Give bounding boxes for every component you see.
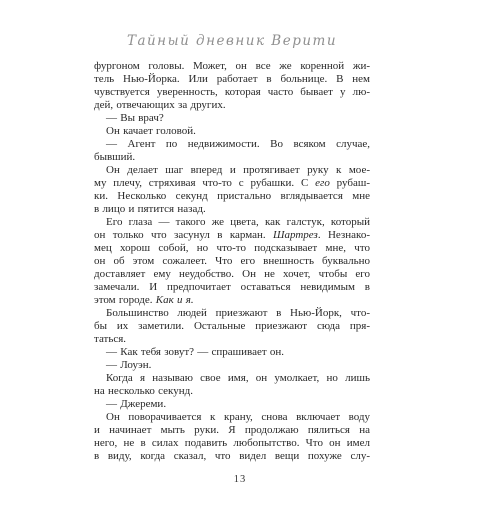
text-line: — Лоуэн.: [94, 359, 370, 372]
text-segment: Он делает шаг вперед и протягивает руку …: [106, 164, 370, 176]
text-segment: — Лоуэн.: [106, 359, 151, 371]
text-segment: чувствуется уверенность, которая часто б…: [94, 86, 370, 98]
text-line: чувствуется уверенность, которая часто б…: [94, 86, 370, 99]
text-line: тель Нью-Йорка. Или работает в больнице.…: [94, 73, 370, 86]
text-segment: . Незнако-: [318, 229, 370, 241]
book-page: Тайный дневник Верити фургоном головы. М…: [0, 0, 500, 532]
text-segment: он об этом сожалеет. Что его внешность б…: [94, 255, 370, 267]
text-line: на несколько секунд.: [94, 385, 370, 398]
text-segment: тель Нью-Йорка. Или работает в больнице.…: [94, 73, 370, 85]
text-segment: Большинство людей приезжают в Нью-Йорк, …: [106, 307, 370, 319]
text-line: Он качает головой.: [94, 125, 370, 138]
text-segment: — Джереми.: [106, 398, 166, 410]
text-line: фургоном головы. Может, он все же коренн…: [94, 60, 370, 73]
text-segment: Его глаза — такого же цвета, как галстук…: [106, 216, 370, 228]
text-line: и начинает мыть руки. Я продолжаю пялить…: [94, 424, 370, 437]
text-line: мец хорош собой, но что-то подсказывает …: [94, 242, 370, 255]
text-segment: в лицо и пятится назад.: [94, 203, 206, 215]
text-line: — Агент по недвижимости. Во всяком случа…: [94, 138, 370, 151]
text-segment: Когда я называю свое имя, он умолкает, н…: [106, 372, 370, 384]
text-segment: му плечу, стряхивая что-то с рубашки. С: [94, 177, 315, 189]
text-segment: на несколько секунд.: [94, 385, 193, 397]
text-segment: бы их заметили. Остальные приезжают сюда…: [94, 320, 370, 332]
text-line: Большинство людей приезжают в Нью-Йорк, …: [94, 307, 370, 320]
text-line: таться.: [94, 333, 370, 346]
text-segment: и начинает мыть руки. Я продолжаю пялить…: [94, 424, 370, 436]
text-line: — Вы врач?: [94, 112, 370, 125]
text-line: — Джереми.: [94, 398, 370, 411]
text-line: него, не в силах подавить любопытство. Ч…: [94, 437, 370, 450]
text-line: ки. Несколько секунд пристально вглядыва…: [94, 190, 370, 203]
text-segment: этом городе.: [94, 294, 156, 306]
text-segment: — Как тебя зовут? — спрашивает он.: [106, 346, 284, 358]
text-line: Когда я называю свое имя, он умолкает, н…: [94, 372, 370, 385]
text-segment: рубаш-: [330, 177, 370, 189]
text-segment: — Вы врач?: [106, 112, 164, 124]
text-segment: таться.: [94, 333, 126, 345]
text-line: Он поворачивается к крану, снова включае…: [94, 411, 370, 424]
text-line: замечали. И предпочитает оставаться неви…: [94, 281, 370, 294]
text-line: Его глаза — такого же цвета, как галстук…: [94, 216, 370, 229]
text-segment: — Агент по недвижимости. Во всяком случа…: [106, 138, 370, 150]
page-text: фургоном головы. Может, он все же коренн…: [94, 60, 370, 463]
text-segment: бывший.: [94, 151, 135, 163]
text-line: он об этом сожалеет. Что его внешность б…: [94, 255, 370, 268]
text-line: он только что засунул в карман. Шартрез.…: [94, 229, 370, 242]
italic-text-segment: Как и я.: [156, 294, 194, 306]
text-line: бывший.: [94, 151, 370, 164]
text-segment: он только что засунул в карман.: [94, 229, 273, 241]
text-line: этом городе. Как и я.: [94, 294, 370, 307]
page-number: 13: [0, 474, 480, 485]
text-line: в виду, когда сказал, что видел вещи пох…: [94, 450, 370, 463]
text-segment: мец хорош собой, но что-то подсказывает …: [94, 242, 370, 254]
text-line: дей, отвечающих за других.: [94, 99, 370, 112]
text-line: Он делает шаг вперед и протягивает руку …: [94, 164, 370, 177]
text-segment: Он качает головой.: [106, 125, 196, 137]
text-segment: него, не в силах подавить любопытство. Ч…: [94, 437, 370, 449]
text-segment: фургоном головы. Может, он все же коренн…: [94, 60, 370, 72]
text-segment: дей, отвечающих за других.: [94, 99, 226, 111]
text-line: доставляет ему неудобство. Он не хочет, …: [94, 268, 370, 281]
text-segment: доставляет ему неудобство. Он не хочет, …: [94, 268, 370, 280]
text-line: му плечу, стряхивая что-то с рубашки. С …: [94, 177, 370, 190]
text-segment: Он поворачивается к крану, снова включае…: [106, 411, 370, 423]
text-line: бы их заметили. Остальные приезжают сюда…: [94, 320, 370, 333]
text-segment: замечали. И предпочитает оставаться неви…: [94, 281, 370, 293]
running-head: Тайный дневник Верити: [0, 33, 464, 49]
italic-text-segment: его: [315, 177, 330, 189]
text-line: — Как тебя зовут? — спрашивает он.: [94, 346, 370, 359]
italic-text-segment: Шартрез: [273, 229, 318, 241]
text-segment: ки. Несколько секунд пристально вглядыва…: [94, 190, 370, 202]
text-segment: в виду, когда сказал, что видел вещи пох…: [94, 450, 370, 462]
text-line: в лицо и пятится назад.: [94, 203, 370, 216]
